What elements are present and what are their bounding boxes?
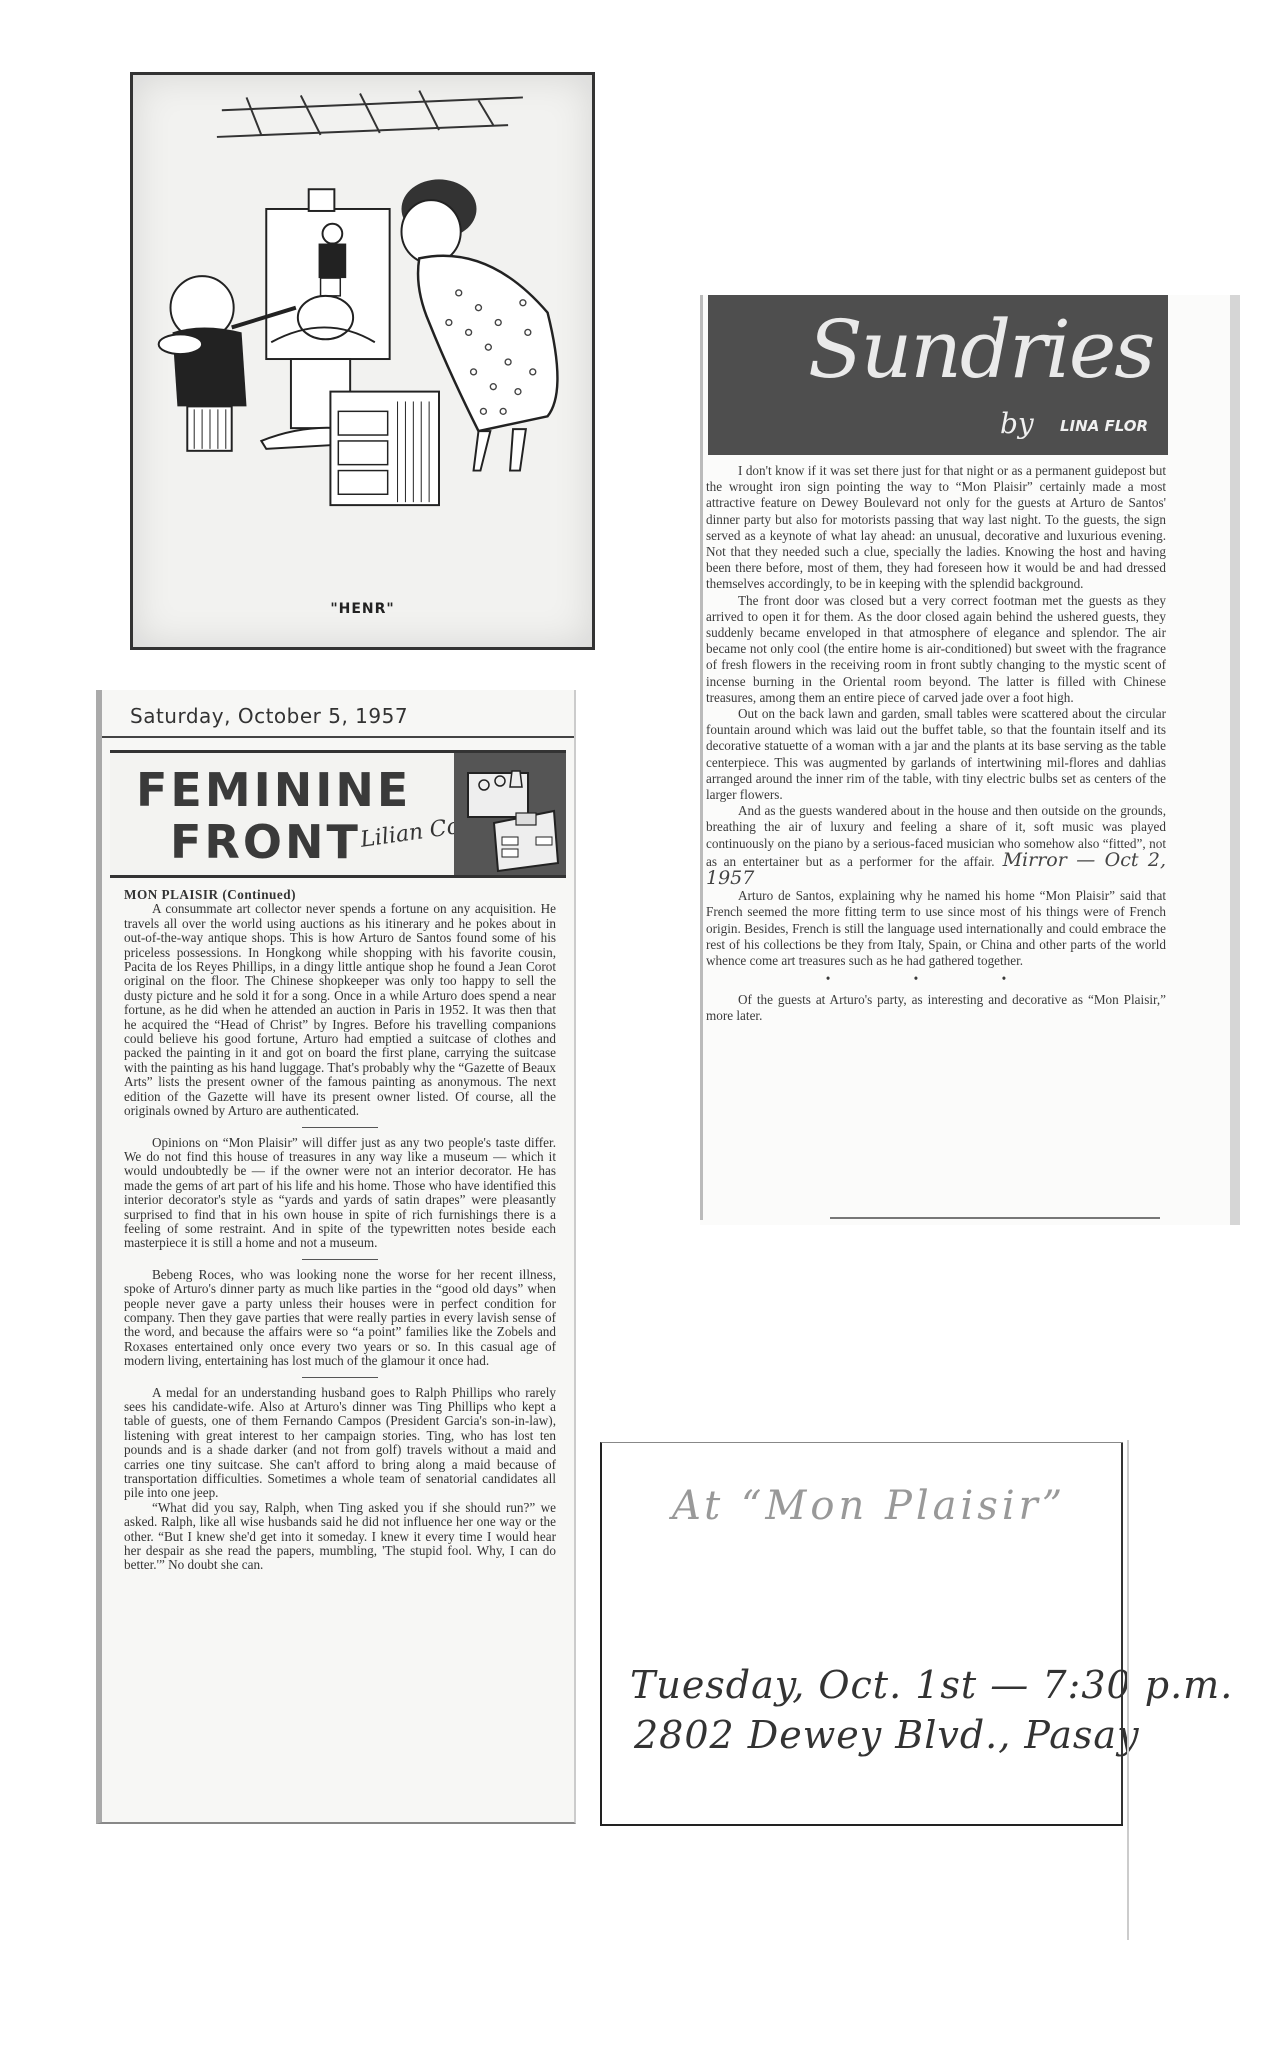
article-body: I don't know if it was set there just fo… [706, 463, 1166, 1024]
paragraph: Bebeng Roces, who was looking none the w… [124, 1268, 556, 1369]
paragraph: Out on the back lawn and garden, small t… [706, 706, 1166, 803]
paragraph: And as the guests wandered about in the … [706, 803, 1166, 888]
cartoon-illustration [133, 75, 592, 647]
dateline: Saturday, October 5, 1957 [130, 704, 408, 728]
divider [302, 1259, 378, 1260]
paragraph: Arturo de Santos, explaining why he name… [706, 888, 1166, 969]
paragraph: “What did you say, Ralph, when Ting aske… [124, 1501, 556, 1573]
divider [302, 1127, 378, 1128]
cartoonist-signature: "HENR" [133, 601, 592, 617]
by-label: by [1000, 407, 1034, 440]
author-name: LINA FLOR [1060, 417, 1148, 435]
masthead-title-line1: FEMININE [136, 763, 411, 817]
cartoon-clipping: "HENR" [130, 72, 595, 650]
divider [102, 736, 574, 738]
page-edge-line [1127, 1440, 1129, 1940]
section-dots: • • • [706, 971, 1166, 987]
column-banner: Sundries by LINA FLOR [708, 295, 1168, 455]
kitchen-desk-illustration-icon [454, 753, 566, 875]
masthead-title-line2: FRONT [170, 815, 361, 869]
sundries-clipping: Sundries by LINA FLOR I don't know if it… [700, 295, 1240, 1225]
paragraph: Opinions on “Mon Plaisir” will differ ju… [124, 1136, 556, 1251]
handwritten-invitation-card: At “Mon Plaisir” Tuesday, Oct. 1st — 7:3… [600, 1442, 1123, 1826]
card-edge [1121, 1443, 1123, 1824]
article-body: MON PLAISIR (Continued) A consummate art… [124, 888, 556, 1573]
card-venue: At “Mon Plaisir” [672, 1483, 1066, 1529]
feminine-front-clipping: Saturday, October 5, 1957 FEMININE FRONT… [96, 690, 576, 1824]
section-heading: MON PLAISIR (Continued) [124, 888, 556, 902]
clipping-edge [700, 295, 703, 1220]
paragraph: A consummate art collector never spends … [124, 902, 556, 1118]
paragraph: I don't know if it was set there just fo… [706, 463, 1166, 593]
card-date-time: Tuesday, Oct. 1st — 7:30 p.m. [630, 1663, 1233, 1707]
card-address: 2802 Dewey Blvd., Pasay [634, 1713, 1140, 1757]
paragraph: The front door was closed but a very cor… [706, 593, 1166, 706]
column-masthead: FEMININE FRONT Lilian Cobb [110, 750, 566, 878]
paragraph: A medal for an understanding husband goe… [124, 1386, 556, 1501]
paragraph: Of the guests at Arturo's party, as inte… [706, 992, 1166, 1024]
divider [830, 1217, 1160, 1219]
column-title: Sundries [808, 303, 1153, 396]
divider [302, 1377, 378, 1378]
